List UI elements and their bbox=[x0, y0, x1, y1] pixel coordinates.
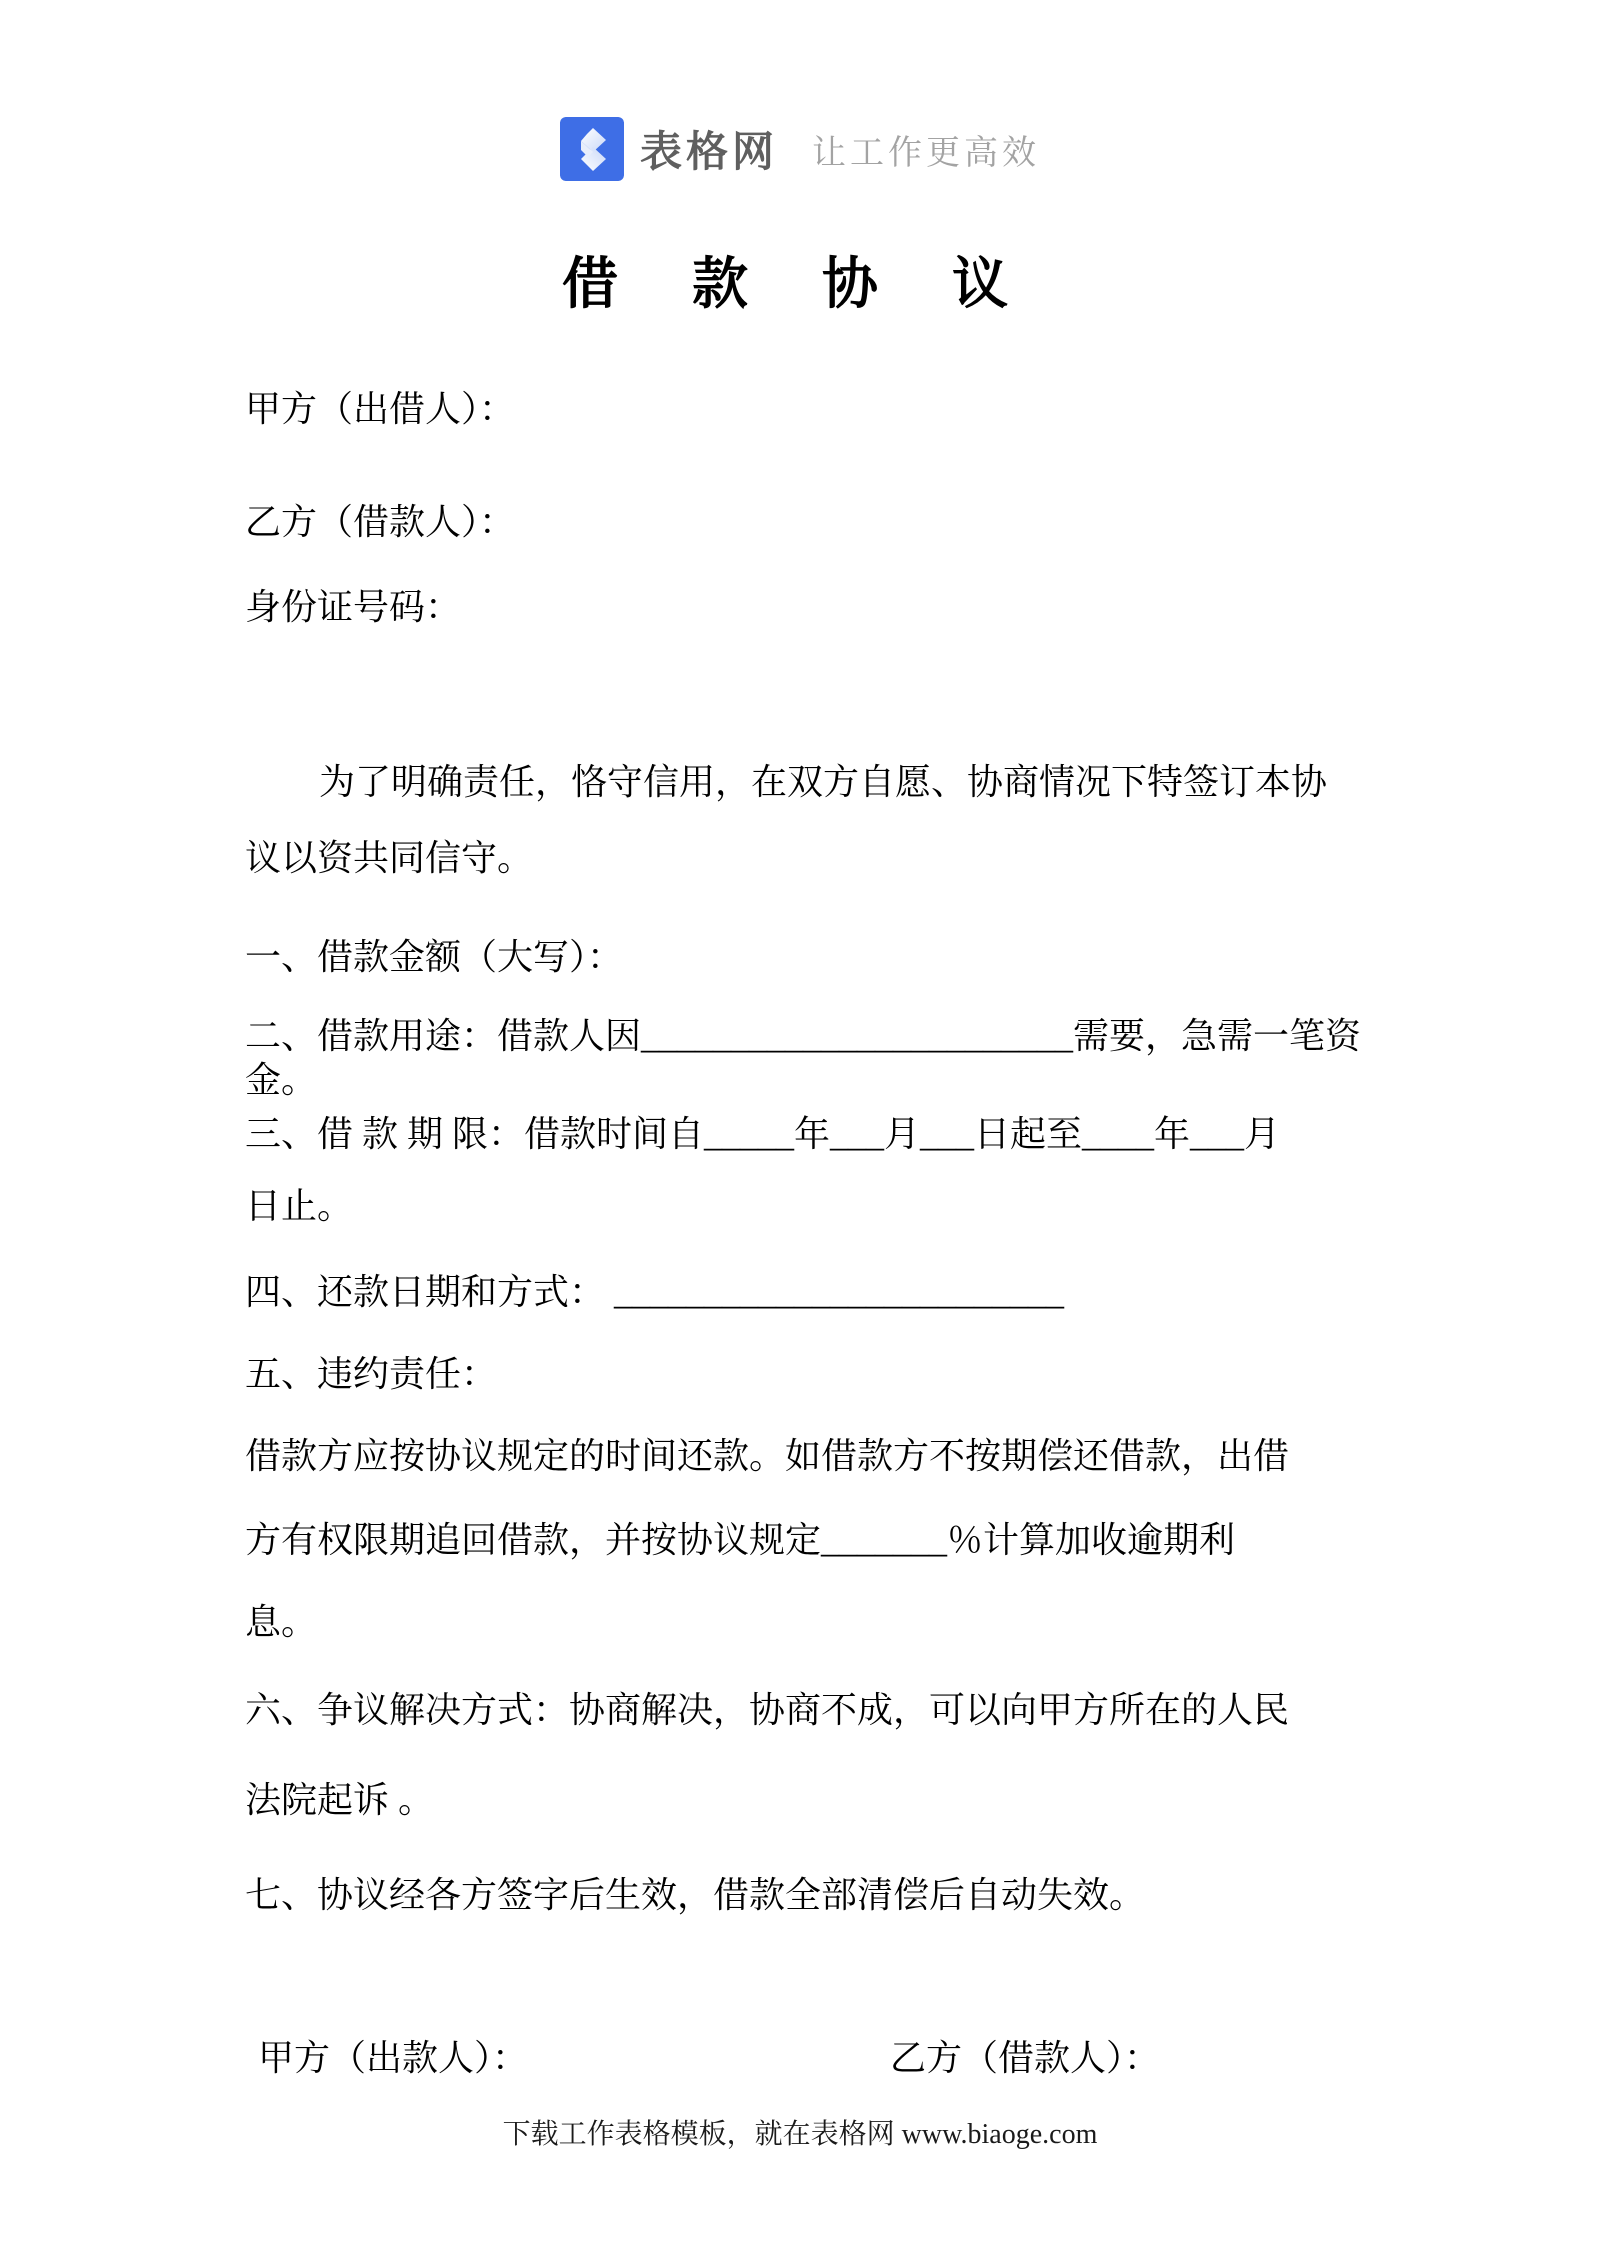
signature-party-a: 甲方（出款人）： bbox=[258, 2030, 528, 2081]
clause-1-amount: 一、借款金额（大写）： bbox=[245, 933, 623, 981]
party-a-line: 甲方（出借人）： bbox=[245, 385, 515, 433]
party-b-line: 乙方（借款人）： bbox=[245, 498, 515, 546]
footer-note: 下载工作表格模板，就在表格网 www.biaoge.com bbox=[0, 2112, 1600, 2152]
clause-6-cont: 法院起诉 。 bbox=[245, 1776, 434, 1824]
id-number-line: 身份证号码： bbox=[245, 583, 461, 631]
document-page: 表格网 让工作更高效 借 款 协 议 甲方（出借人）： 乙方（借款人）： 身份证… bbox=[0, 0, 1600, 2262]
signature-party-b: 乙方（借款人）： bbox=[890, 2030, 1160, 2081]
clause-6-dispute: 六、争议解决方式：协商解决，协商不成，可以向甲方所在的人民 bbox=[245, 1686, 1289, 1734]
brand-tagline: 让工作更高效 bbox=[812, 125, 1040, 174]
clause-4-repayment: 四、还款日期和方式： _________________________ bbox=[245, 1268, 1064, 1316]
clause-7-effective: 七、协议经各方签字后生效，借款全部清偿后自动失效。 bbox=[245, 1871, 1145, 1919]
brand-name: 表格网 bbox=[640, 119, 778, 179]
biaoge-logo-icon bbox=[560, 117, 624, 181]
intro-line-2: 议以资共同信守。 bbox=[245, 834, 533, 882]
clause-5-liability: 五、违约责任： bbox=[245, 1350, 497, 1398]
clause-5-body-1: 借款方应按协议规定的时间还款。如借款方不按期偿还借款，出借 bbox=[245, 1432, 1289, 1480]
intro-line-1: 为了明确责任，恪守信用，在双方自愿、协商情况下特签订本协 bbox=[245, 758, 1327, 806]
clause-5-body-2: 方有权限期追回借款，并按协议规定_______％计算加收逾期利 bbox=[245, 1516, 1235, 1564]
clause-5-body-3: 息。 bbox=[245, 1598, 317, 1646]
clause-2-cont: 金。 bbox=[245, 1056, 317, 1104]
clause-3-term: 三、借 款 期 限：借款时间自_____年___月___日起至____年___月 bbox=[245, 1110, 1280, 1158]
clause-3-cont: 日止。 bbox=[245, 1182, 353, 1230]
site-logo: 表格网 让工作更高效 bbox=[0, 116, 1600, 182]
document-title: 借 款 协 议 bbox=[0, 240, 1600, 320]
clause-2-purpose: 二、借款用途：借款人因________________________需要，急需… bbox=[245, 1012, 1361, 1060]
